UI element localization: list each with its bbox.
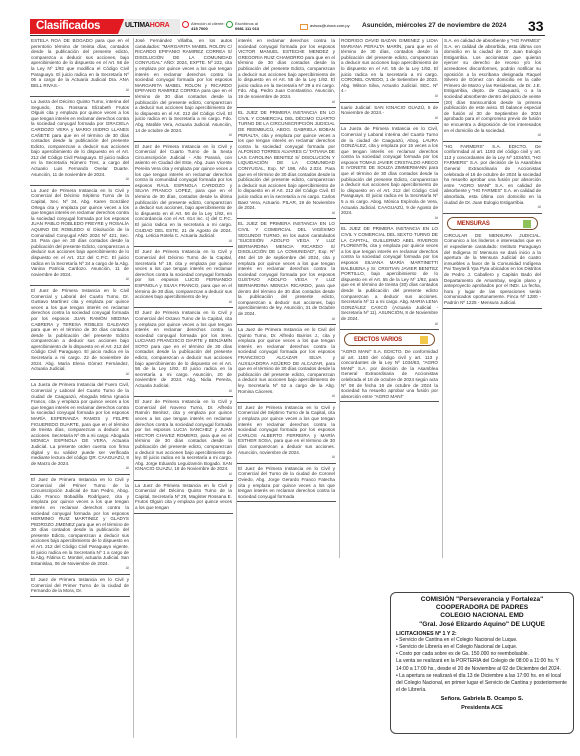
- section-label: EDICTOS VARIOS: [354, 337, 402, 343]
- box-title-line: COMISIÓN "Perseverancia y Fortaleza": [396, 596, 568, 604]
- notice-text: El Juez de Primera Instancia en lo Civil…: [135, 399, 232, 471]
- notice-text: El Juez de Primera Instancia en lo Civil…: [135, 310, 232, 388]
- notice-text: El Juez de Primera Instancia en lo Civil…: [135, 249, 232, 299]
- notice-code: AI: [135, 472, 232, 478]
- logo-part-2: HORA: [150, 22, 170, 29]
- notice-code: AI: [341, 322, 438, 328]
- legal-notice: La Juez de Primera Instancia en lo Civil…: [30, 188, 130, 286]
- box-item: • Costo por cada sobre es de Gs. 150.000…: [396, 651, 568, 658]
- phone-icon: [182, 21, 189, 28]
- legal-notice: La Juez de Primera Instancia en lo Civil…: [134, 483, 233, 514]
- box-title-line: COOPERADORA DE PADRES: [396, 604, 568, 612]
- logo-part-1: ULTIMA: [125, 22, 150, 29]
- box-item: • Servicio de Librería en el Colegio Nac…: [396, 644, 568, 651]
- legal-notice: José Fernández Villalba, en los autos ca…: [134, 38, 233, 142]
- notice-code: AI: [135, 239, 232, 245]
- notice-code: AI: [444, 205, 541, 211]
- legal-notice: EL JUEZ DE PRIMERA INSTANCIA EN LO CIVIL…: [237, 221, 336, 325]
- legal-notice: tuario Judicial: SAN IGNACIO GUAZÚ, 5 de…: [340, 105, 439, 125]
- boxed-notice-cooperadora: COMISIÓN "Perseverancia y Fortaleza" COO…: [390, 592, 574, 734]
- notice-text: RODRIGO DAVID BAZAN GIMENEZ y LIDIA MARI…: [341, 38, 438, 93]
- notice-text: El Juez de Primera Instancia en lo Civil…: [238, 466, 335, 499]
- column-5: S.A. en calidad de absorbente y "HG FARM…: [442, 38, 542, 558]
- notice-code: AI: [444, 133, 541, 139]
- column-1: ESTELA ROA DE BOGADO para que en el pere…: [30, 38, 130, 738]
- legal-notice: S.A. en calidad de absorbente y "HG FARM…: [443, 38, 542, 142]
- document-icon: [420, 336, 428, 344]
- box-item: • Servicio de Cantina en el Colegio Naci…: [396, 637, 568, 644]
- legal-notice: El Juez de Primera Instancia en lo Civil…: [134, 399, 233, 480]
- notice-text: La Jueza de Primera Instancia del Fuero …: [31, 382, 129, 465]
- notice-code: AI: [341, 94, 438, 100]
- legal-notice: RODRIGO DAVID BAZAN GIMENEZ y LIDIA MARI…: [340, 38, 439, 103]
- contact-whatsapp: Escríbinos al0981 111 013: [226, 21, 259, 31]
- notice-text: El Juez de Primera Instancia en lo Civil…: [31, 477, 129, 566]
- notice-text: El Juez de Primera Instancia en lo Civil…: [31, 577, 129, 593]
- legal-notice: El Juez de Primera Instancia en lo Civil…: [30, 288, 130, 381]
- notice-text: La Juez de Primera Instancia en lo Civil…: [238, 327, 335, 394]
- box-signature: Señora. Gabriela B. Ocampo S.: [396, 696, 568, 703]
- box-item: • La apertura se realizará el día 13 de …: [396, 673, 568, 695]
- notice-text: CIRCULAR DE MENSURA JUDICIAL. Comunico a…: [444, 233, 541, 305]
- section-title: Clasificados: [30, 19, 130, 34]
- column-3: interés en reclamar derechos contra la s…: [236, 38, 336, 738]
- box-signature-title: Presidenta ACE: [396, 705, 568, 712]
- page-header: Clasificados ULTIMAHORA Atención al clie…: [0, 19, 580, 34]
- contact-value: 415 7000: [191, 26, 208, 31]
- contact-email-value[interactable]: avisos@uhora.com.py: [310, 23, 350, 28]
- notice-text: El Juez de Primera Instancia en lo Civil…: [31, 288, 129, 371]
- notice-code: AI: [341, 216, 438, 222]
- notice-text: La Juez de Primera Instancia en lo Civil…: [135, 483, 232, 510]
- legal-notice: La Juez de Primera Instancia en lo Civil…: [237, 327, 336, 403]
- column-2: José Fernández Villalba, en los autos ca…: [133, 38, 233, 738]
- notice-text: El Juez de Primera Instancia en lo Civil…: [135, 144, 232, 239]
- legal-notice: El Juez de Primera Instancia en lo Civil…: [134, 144, 233, 248]
- legal-notice: interés en reclamar derechos contra la s…: [237, 38, 336, 108]
- legal-notice: "HG FARMERS" S.A. EDICTO. De conformidad…: [443, 144, 542, 214]
- notice-code: AI: [31, 277, 129, 283]
- notice-code: AI: [238, 317, 335, 323]
- notice-text: ESTELA ROA DE BOGADO para que en el pere…: [31, 38, 129, 88]
- contact-email: avisos@uhora.com.py: [300, 23, 350, 30]
- notice-text: EL JUEZ DE PRIMERA INSTANCIA EN LO CIVIL…: [238, 110, 335, 210]
- issue-date: Asunción, miércoles 27 de noviembre de 2…: [362, 22, 506, 29]
- section-label: MENSURAS: [457, 221, 490, 227]
- legal-notice: La Jueza de Primera Instancia del Fuero …: [30, 382, 130, 475]
- notice-text: "AGRO MANÍ" S.A. EDICTO. De conformidad …: [341, 349, 438, 399]
- notice-code: AI: [31, 566, 129, 572]
- notice-text: "HG FARMERS" S.A. EDICTO. De conformidad…: [444, 144, 541, 205]
- notice-text: La Jueza de Primera Instancia en lo Civi…: [341, 126, 438, 215]
- notice-text: EL JUEZ DE PRIMERA INSTANCIA EN LO CIVIL…: [238, 221, 335, 316]
- notice-code: AI: [238, 394, 335, 400]
- notice-text: La Juez de Primera Instancia en lo Civil…: [31, 188, 129, 277]
- legal-notice: El Juez de Primera Instancia en lo Civil…: [134, 310, 233, 397]
- legal-notice: CIRCULAR DE MENSURA JUDICIAL. Comunico a…: [443, 233, 542, 309]
- box-title-line: COLEGIO NACIONAL EMD: [396, 612, 568, 620]
- legal-notice: El Juez de Primera Instancia en lo Civil…: [237, 466, 336, 503]
- notice-code: AI: [238, 211, 335, 217]
- legal-notice: EL JUEZ DE PRIMERA INSTANCIA EN LO CIVIL…: [237, 110, 336, 219]
- map-icon: [523, 220, 531, 228]
- notice-text: EL JUEZ DE PRIMERA INSTANCIA EN LO CIVIL…: [341, 226, 438, 321]
- notice-text: S.A. en calidad de absorbente y "HG FARM…: [444, 38, 541, 133]
- legal-notice: La Jueza de Primera Instancia en lo Civi…: [340, 126, 439, 224]
- legal-notice: El Juez de Primera Instancia en lo Civil…: [134, 249, 233, 308]
- notice-code: AI: [341, 116, 438, 122]
- legal-notice: ESTELA ROA DE BOGADO para que en el pere…: [30, 38, 130, 97]
- legal-notice: El Juez de Primera Instancia en lo Civil…: [30, 477, 130, 575]
- whatsapp-icon: [226, 21, 233, 28]
- section-header-mensuras: MENSURAS: [447, 217, 538, 230]
- contact-value: 0981 111 013: [235, 26, 259, 31]
- mail-icon: [300, 24, 308, 30]
- header-divider: [30, 35, 545, 36]
- legal-notice: EL JUEZ DE PRIMERA INSTANCIA EN LO CIVIL…: [340, 226, 439, 330]
- notice-code: AI: [135, 389, 232, 395]
- legal-notice: El Juez de Primera Instancia en lo Civil…: [237, 405, 336, 464]
- notice-code: AI: [31, 88, 129, 94]
- notice-code: AI: [31, 177, 129, 183]
- notice-text: interés en reclamar derechos contra la s…: [238, 38, 335, 99]
- notice-text: La Jueza del Décimo Quinto Turno, interi…: [31, 99, 129, 177]
- notice-text: tuario Judicial: SAN IGNACIO GUAZÚ, 5 de…: [341, 105, 438, 116]
- notice-code: AI: [238, 100, 335, 106]
- notice-text: José Fernández Villalba, en los autos ca…: [135, 38, 232, 133]
- notice-code: AI: [135, 300, 232, 306]
- box-item: La venta se realizará en la PORTERIA del…: [396, 658, 568, 672]
- section-header-edictos-varios: EDICTOS VARIOS: [344, 333, 435, 346]
- legal-notice: "AGRO MANÍ" S.A. EDICTO. De conformidad …: [340, 349, 439, 402]
- contact-phone: Atención al cliente:415 7000: [182, 21, 225, 31]
- legal-notice: La Jueza del Décimo Quinto Turno, interi…: [30, 99, 130, 186]
- page-number: 33: [528, 18, 544, 34]
- legal-notice: El Juez de Primera Instancia en lo Civil…: [30, 577, 130, 597]
- notice-code: AI: [238, 455, 335, 461]
- notice-code: AI: [31, 372, 129, 378]
- notice-code: AI: [31, 466, 129, 472]
- notice-text: El Juez de Primera Instancia en lo Civil…: [238, 405, 335, 455]
- column-4: RODRIGO DAVID BAZAN GIMENEZ y LIDIA MARI…: [339, 38, 439, 558]
- box-title-line: "Gral. José Elizardo Aquino" DE LUQUE: [396, 621, 568, 629]
- newspaper-logo: ULTIMAHORA: [125, 22, 170, 29]
- notice-code: AI: [135, 133, 232, 139]
